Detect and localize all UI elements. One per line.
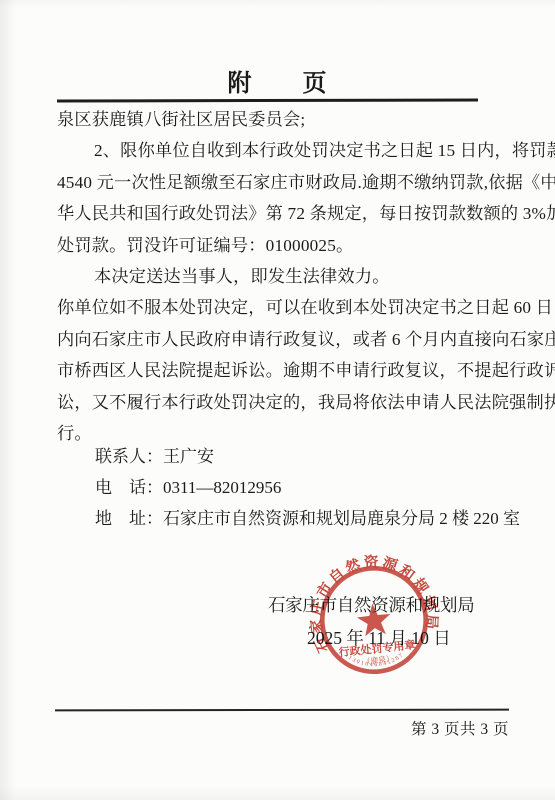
body-line: 市桥西区人民法院提起诉讼。逾期不申请行政复议，不提起行政诉 <box>57 355 512 386</box>
page-title: 附 页 <box>0 63 555 98</box>
footer-divider <box>55 709 509 712</box>
scan-artifact-bottom <box>0 786 555 800</box>
official-seal: 石家庄市自然资源和规划局 行政处罚专用章 （鹿泉） 1301046041287 <box>301 547 446 692</box>
contact-block: 联系人：王广安 电 话：0311—82012956 地 址：石家庄市自然资源和规… <box>95 441 520 534</box>
body-line: 讼，又不履行本行政处罚决定的，我局将依法申请人民法院强制执 <box>57 387 512 418</box>
title-underline <box>57 98 478 102</box>
body-line: 内向石家庄市人民政府申请行政复议，或者 6 个月内直接向石家庄 <box>57 324 512 355</box>
body-line: 4540 元一次性足额缴至石家庄市财政局.逾期不缴纳罚款,依据《中 <box>57 167 512 198</box>
body-paragraph: 泉区获鹿镇八街社区居民委员会; 2、限你单位自收到本行政处罚决定书之日起 15 … <box>57 104 512 449</box>
contact-person: 联系人：王广安 <box>95 441 520 472</box>
contact-address: 地 址：石家庄市自然资源和规划局鹿泉分局 2 楼 220 室 <box>95 503 520 534</box>
scanned-document-page: 附 页 泉区获鹿镇八街社区居民委员会; 2、限你单位自收到本行政处罚决定书之日起… <box>0 0 555 800</box>
body-line: 2、限你单位自收到本行政处罚决定书之日起 15 日内，将罚款 <box>57 135 512 166</box>
page-number: 第 3 页共 3 页 <box>55 717 509 739</box>
body-line: 你单位如不服本处罚决定，可以在收到本处罚决定书之日起 60 日 <box>57 292 512 323</box>
body-line: 本决定送达当事人，即发生法律效力。 <box>57 261 512 292</box>
contact-phone: 电 话：0311—82012956 <box>95 472 520 503</box>
body-line: 华人民共和国行政处罚法》第 72 条规定，每日按罚款数额的 3%加 <box>57 198 512 229</box>
scan-artifact-top <box>0 0 555 8</box>
scan-artifact-left <box>0 0 16 800</box>
body-line: 泉区获鹿镇八街社区居民委员会; <box>57 104 512 135</box>
body-line: 处罚款。罚没许可证编号：01000025。 <box>57 230 512 261</box>
seal-star-icon <box>356 602 393 637</box>
